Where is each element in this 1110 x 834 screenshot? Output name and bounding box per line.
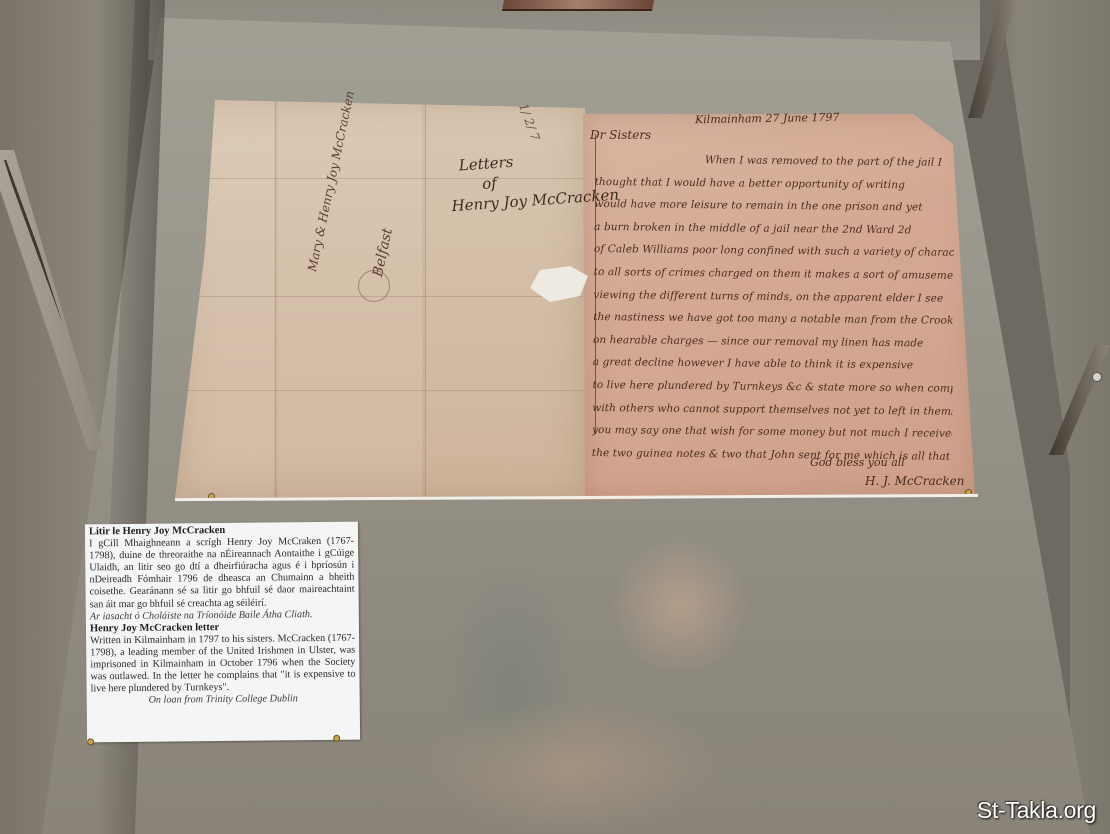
letter-signature: H. J. McCracken xyxy=(865,474,965,488)
letter-body: When I was removed to the part of the ja… xyxy=(592,148,1065,469)
handwritten-line: to all sorts of crimes charged on them i… xyxy=(594,261,954,287)
mounting-pin xyxy=(87,738,94,745)
museum-display-case-photo: 1/ 2/ 7 Letters of Henry Joy McCracken M… xyxy=(0,0,1110,834)
museum-label-card: Litir le Henry Joy McCracken I gCill Mha… xyxy=(85,522,360,743)
historic-letter: 1/ 2/ 7 Letters of Henry Joy McCracken M… xyxy=(175,100,975,500)
mounting-pin xyxy=(333,735,340,742)
handwritten-line: you may say one that wish for some money… xyxy=(592,419,952,445)
handwritten-line: to live here plundered by Turnkeys &c & … xyxy=(592,374,952,400)
site-watermark: St-Takla.org xyxy=(977,797,1096,824)
label-body-english: Written in Kilmainham in 1797 to his sis… xyxy=(90,632,356,695)
glass-reflection xyxy=(420,700,720,834)
partially-visible-artifact-above xyxy=(502,0,654,11)
fold-crease xyxy=(180,390,585,391)
glass-reflection xyxy=(610,535,750,675)
letter-closing: God bless you all xyxy=(810,456,905,469)
rail-screw xyxy=(1092,372,1102,382)
fold-crease xyxy=(275,100,276,500)
fold-crease xyxy=(425,100,426,500)
label-body-irish: I gCill Mhaighneann a scrígh Henry Joy M… xyxy=(89,536,355,611)
letter-salutation: Dr Sisters xyxy=(590,128,651,142)
letter-dateline: Kilmainham 27 June 1797 xyxy=(695,111,840,127)
